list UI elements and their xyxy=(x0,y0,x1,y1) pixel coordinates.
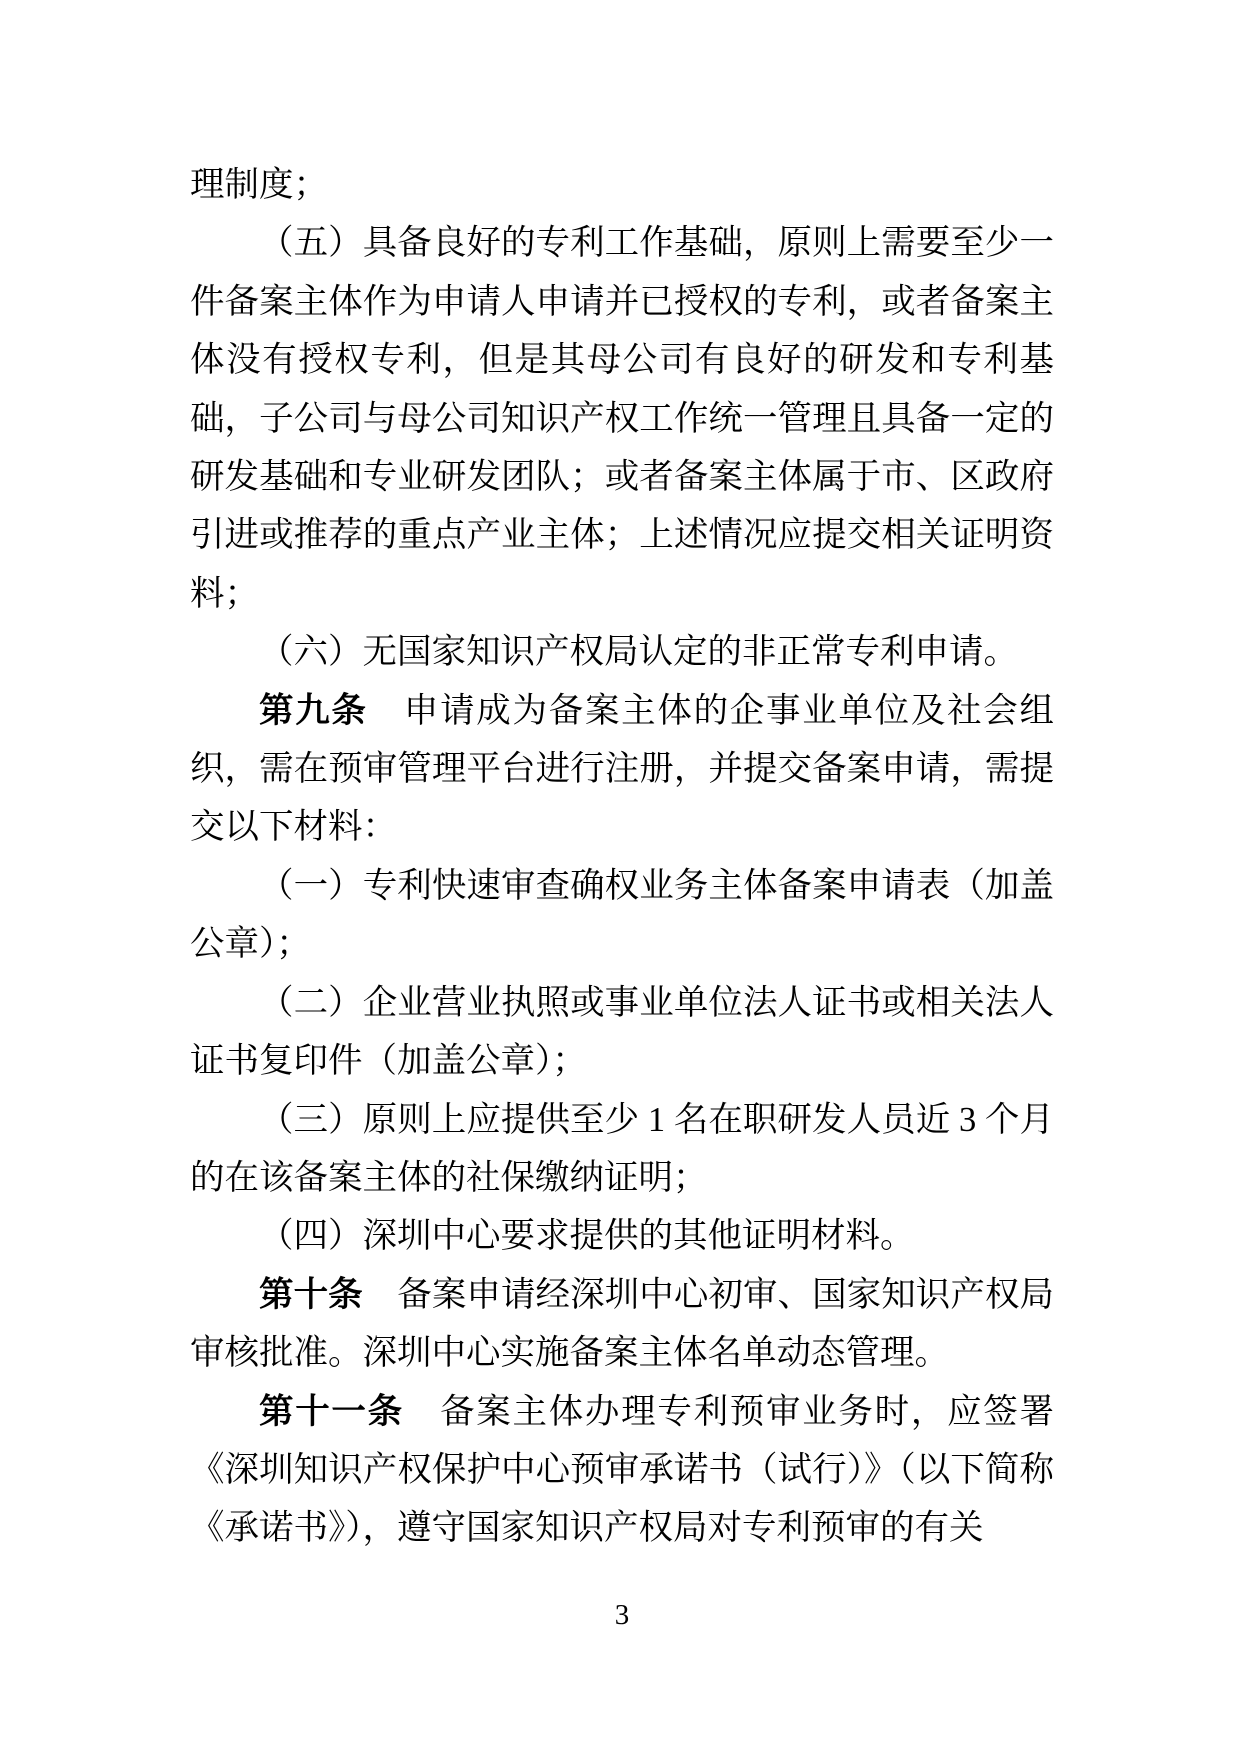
paragraph: 第十条 备案申请经深圳中心初审、国家知识产权局审核批准。深圳中心实施备案主体名单… xyxy=(190,1266,1054,1383)
paragraph: （一）专利快速审查确权业务主体备案申请表（加盖公章）； xyxy=(190,857,1054,974)
paragraph-text: （三）原则上应提供至少 1 名在职研发人员近 3 个月的在该备案主体的社保缴纳证… xyxy=(190,1101,1054,1197)
article-number: 第十条 xyxy=(259,1276,363,1314)
paragraph-text: （四）深圳中心要求提供的其他证明材料。 xyxy=(259,1217,915,1255)
paragraph: （五）具备良好的专利工作基础，原则上需要至少一件备案主体作为申请人申请并已授权的… xyxy=(190,214,1054,623)
document-body: 理制度；（五）具备良好的专利工作基础，原则上需要至少一件备案主体作为申请人申请并… xyxy=(190,156,1054,1558)
paragraph: （四）深圳中心要求提供的其他证明材料。 xyxy=(190,1207,1054,1265)
page-number: 3 xyxy=(190,1598,1054,1632)
paragraph-text: （六）无国家知识产权局认定的非正常专利申请。 xyxy=(259,633,1018,671)
paragraph-text: （一）专利快速审查确权业务主体备案申请表（加盖公章）； xyxy=(190,867,1054,963)
paragraph: （六）无国家知识产权局认定的非正常专利申请。 xyxy=(190,623,1054,681)
paragraph-text: 理制度； xyxy=(190,166,328,204)
document-page: 理制度；（五）具备良好的专利工作基础，原则上需要至少一件备案主体作为申请人申请并… xyxy=(0,0,1241,1755)
article-number: 第十一条 xyxy=(259,1393,404,1431)
paragraph: （二）企业营业执照或事业单位法人证书或相关法人证书复印件（加盖公章）； xyxy=(190,974,1054,1091)
paragraph: 第九条 申请成为备案主体的企事业单位及社会组织，需在预审管理平台进行注册，并提交… xyxy=(190,682,1054,857)
paragraph-text: （二）企业营业执照或事业单位法人证书或相关法人证书复印件（加盖公章）； xyxy=(190,984,1054,1080)
paragraph: （三）原则上应提供至少 1 名在职研发人员近 3 个月的在该备案主体的社保缴纳证… xyxy=(190,1091,1054,1208)
paragraph-text: （五）具备良好的专利工作基础，原则上需要至少一件备案主体作为申请人申请并已授权的… xyxy=(190,224,1054,612)
paragraph: 理制度； xyxy=(190,156,1054,214)
paragraph: 第十一条 备案主体办理专利预审业务时，应签署《深圳知识产权保护中心预审承诺书（试… xyxy=(190,1383,1054,1558)
article-number: 第九条 xyxy=(259,692,368,730)
